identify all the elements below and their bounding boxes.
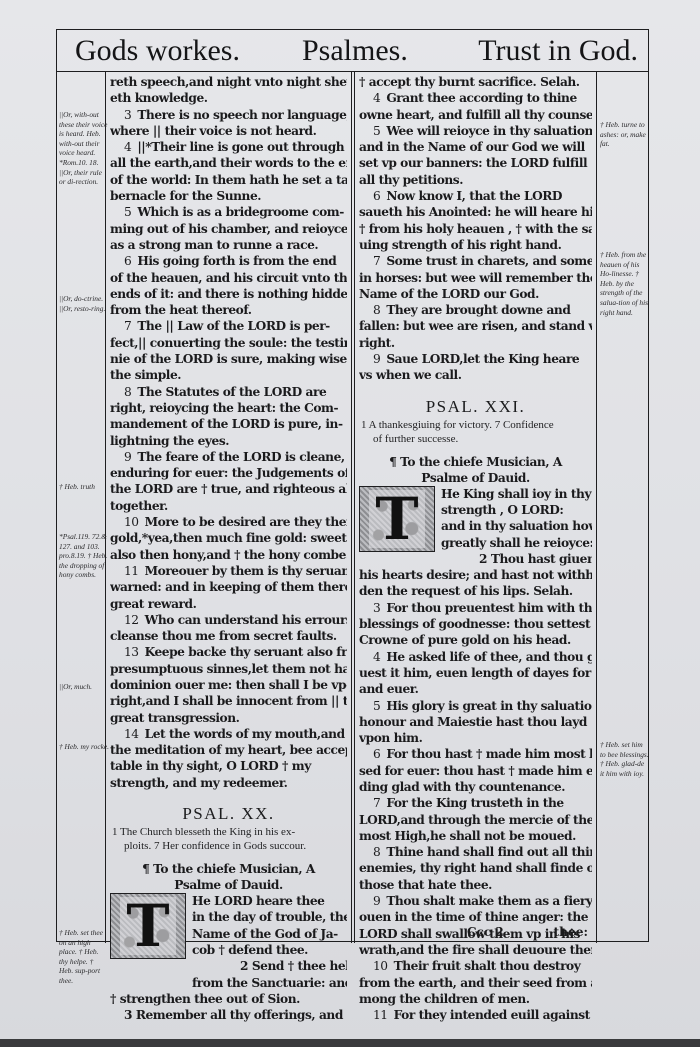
text-line: mong the children of men. [359,991,592,1007]
text-line: uest it him, euen length of dayes for eu… [359,665,592,681]
margin-note: † Heb. my rocke. [59,742,109,752]
verse-first-line: 9Saue LORD,let the King heare [359,351,592,367]
verse-first-line: 2 Send † thee helpe [110,958,347,974]
header-center: Psalmes. [302,30,408,72]
text-line: strength, and my redeemer. [110,775,347,791]
text-line: † strengthen thee out of Sion. [110,991,347,1007]
margin-note: ||Or, with-out these their voice is hear… [59,110,109,187]
text-line: the LORD are † true, and righteous al- [110,481,347,497]
text-line: lightning the eyes. [110,433,347,449]
text-line: † from his holy heauen , † with the sa- [359,221,592,237]
verse-number: 7 [373,796,380,810]
text-line: saueth his Anointed: he will heare him [359,204,592,220]
left-margin-notes: ||Or, with-out these their voice is hear… [57,72,106,943]
text-line: den the request of his lips. Selah. [359,583,592,599]
text-line: and in the Name of our God we will [359,139,592,155]
text-line: of the world: In them hath he set a ta- [110,172,347,188]
verse-first-line: 6Now know I, that the LORD [359,188,592,204]
text-line: enduring for euer: the Judgements of [110,465,347,481]
initial-letter: T [369,490,424,548]
psalm-title: PSAL. XX. [110,803,347,825]
verse-number: 8 [373,845,380,859]
verse-first-line: 3For thou preuentest him with the [359,600,592,616]
text-line: owne heart, and fulfill all thy counsell… [359,107,592,123]
text-line: LORD,and through the mercie of the [359,812,592,828]
verse-first-line: 2 Thou hast giuen him [359,551,592,567]
summary-line: of further successe. [361,432,592,446]
page-edge-shadow [0,1039,700,1047]
margin-note: *Psal.119. 72.& 127. and 103. pro.8.19. … [59,532,109,580]
verse-number: 6 [373,747,380,761]
text-line: the meditation of my heart, bee accep- [110,742,347,758]
text-line: gold,*yea,then much fine gold: sweeter [110,530,347,546]
verse-number: 12 [124,613,139,627]
text-line: all thy petitions. [359,172,592,188]
text-line: wrath,and the fire shall deuoure them. [359,942,592,958]
initial-letter: T [120,897,175,955]
text-line: fallen: but wee are risen, and stand vp- [359,318,592,334]
text-line: right,and I shall be innocent from || th… [110,693,347,709]
verse-number: 3 [373,601,380,615]
page-frame: Gods workes. Psalmes. Trust in God. ||Or… [56,29,649,942]
verse-first-line: 11For they intended euill against [359,1007,592,1023]
verse-first-line: 10Their fruit shalt thou destroy [359,958,592,974]
verse-number: 9 [373,352,380,366]
ornamental-initial: T [359,486,435,552]
running-header: Gods workes. Psalmes. Trust in God. [57,30,648,72]
text-line: warned: and in keeping of them there is [110,579,347,595]
verse-first-line: 8They are brought downe and [359,302,592,318]
verse-first-line: 8Thine hand shall find out all thine [359,844,592,860]
verse-number: 5 [373,699,380,713]
verse-first-line: 11Moreouer by them is thy seruant [110,563,347,579]
text-line: ends of it: and there is nothing hidde [110,286,347,302]
text-line: uing strength of his right hand. [359,237,592,253]
header-right: Trust in God. [478,30,638,72]
text-line: ding glad with thy countenance. [359,779,592,795]
text-line: all the earth,and their words to the end [110,155,347,171]
verse-first-line: 5Wee will reioyce in thy saluation, [359,123,592,139]
verse-number: 4 [124,140,131,154]
margin-note: † Heb. set him to bee blessings. † Heb. … [600,740,650,778]
scanned-page: Gods workes. Psalmes. Trust in God. ||Or… [0,0,700,1047]
text-line: ming out of his chamber, and reioyceth [110,221,347,237]
verse-number: 11 [373,1008,388,1022]
left-text-column: reth speech,and night vnto night shew-et… [106,72,352,943]
verse-number: 9 [373,894,380,908]
text-line: those that hate thee. [359,877,592,893]
text-line: his hearts desire; and hast not withhol- [359,567,592,583]
text-line: † accept thy burnt sacrifice. Selah. [359,74,592,90]
text-line: nie of the LORD is sure, making wise [110,351,347,367]
verse-number: 11 [124,564,139,578]
verse-number: 8 [124,385,131,399]
text-line: sed for euer: thou hast † made him excee… [359,763,592,779]
verse-number: 9 [124,450,131,464]
text-line: cleanse thou me from secret faults. [110,628,347,644]
text-line: Name of the LORD our God. [359,286,592,302]
verse-first-line: 7Some trust in charets, and some [359,253,592,269]
text-line: as a strong man to runne a race. [110,237,347,253]
verse-first-line: 3 Remember all thy offerings, and [110,1007,347,1023]
drop-cap-block: THe LORD heare theein the day of trouble… [110,893,347,991]
text-line: presumptuous sinnes,let them not haue [110,661,347,677]
text-line: together. [110,498,347,514]
verse-first-line: 12Who can understand his errours: [110,612,347,628]
text-line: bernacle for the Sunne. [110,188,347,204]
margin-note: ||Or, do-ctrine. ||Or, resto-ring. [59,294,109,313]
text-line: reth speech,and night vnto night shew- [110,74,347,90]
verse-first-line: 4||*Their line is gone out through [110,139,347,155]
verse-first-line: 10More to be desired are they then [110,514,347,530]
summary-line: ploits. 7 Her confidence in Gods succour… [112,839,347,853]
right-text-column: † accept thy burnt sacrifice. Selah.4Gra… [354,72,597,943]
verse-number: 13 [124,645,139,659]
verse-number: 10 [124,515,139,529]
verse-first-line: 6His going forth is from the end [110,253,347,269]
verse-first-line: 3There is no speech nor language, [110,107,347,123]
text-line: table in thy sight, O LORD † my [110,758,347,774]
margin-note: † Heb. set thee on an high place. † Heb.… [59,928,109,986]
text-line: right, reioycing the heart: the Com- [110,400,347,416]
verse-number: 4 [373,650,380,664]
text-line: also then hony,and † the hony combe. [110,547,347,563]
text-line: from the heat thereof. [110,302,347,318]
verse-number: 7 [373,254,380,268]
verse-first-line: 13Keepe backe thy seruant also from [110,644,347,660]
verse-first-line: 4He asked life of thee, and thou ga- [359,649,592,665]
catchword: thee: [554,925,589,939]
text-line: eth knowledge. [110,90,347,106]
ornamental-initial: T [110,893,186,959]
text-line: blessings of goodnesse: thou settest a [359,616,592,632]
text-line: vs when we call. [359,367,592,383]
psalm-superscript: ¶ To the chiefe Musician, APsalme of Dau… [110,861,347,893]
right-margin-notes: † Heb. turne to ashes: or, make fat.† He… [597,72,650,943]
text-line: great reward. [110,596,347,612]
psalm-summary: 1 The Church blesseth the King in his ex… [110,825,347,853]
verse-first-line: 9The feare of the LORD is cleane, [110,449,347,465]
psalm-summary: 1 A thankesgiuing for victory. 7 Confide… [359,418,592,446]
verse-first-line: 6For thou hast † made him most bles- [359,746,592,762]
drop-cap-block: THe King shall ioy in thystrength , O LO… [359,486,592,567]
text-line: the simple. [110,367,347,383]
verse-first-line: 8The Statutes of the LORD are [110,384,347,400]
text-line: honour and Maiestie hast thou layd [359,714,592,730]
text-line: set vp our banners: the LORD fulfill [359,155,592,171]
text-line: most High,he shall not be moued. [359,828,592,844]
verse-first-line: 7The || Law of the LORD is per- [110,318,347,334]
text-line: ouen in the time of thine anger: the [359,909,592,925]
verse-number: 6 [124,254,131,268]
text-line: fect,|| conuerting the soule: the testim… [110,335,347,351]
verse-number: 6 [373,189,380,203]
text-line: of the heauen, and his circuit vnto the [110,270,347,286]
text-line: where || their voice is not heard. [110,123,347,139]
text-line: enemies, thy right hand shall finde out [359,860,592,876]
text-line: from the Sanctuarie: and [110,975,347,991]
text-line: vpon him. [359,730,592,746]
verse-number: 14 [124,727,139,741]
verse-number: 8 [373,303,380,317]
superscript-line: ¶ To the chiefe Musician, A [359,454,592,470]
text-line: from the earth, and their seed from a- [359,975,592,991]
verse-first-line: 5His glory is great in thy saluation: [359,698,592,714]
superscript-line: Psalme of Dauid. [110,877,347,893]
margin-note: ||Or, much. [59,682,109,692]
text-line: in horses: but wee will remember the [359,270,592,286]
psalm-title: PSAL. XXI. [359,396,592,418]
verse-number: 5 [373,124,380,138]
verse-number: 7 [124,319,131,333]
verse-number: 4 [373,91,380,105]
text-line: mandement of the LORD is pure, in- [110,416,347,432]
margin-note: † Heb. from the heauen of his Ho-linesse… [600,250,650,317]
text-line: Crowne of pure gold on his head. [359,632,592,648]
superscript-line: Psalme of Dauid. [359,470,592,486]
margin-note: † Heb. truth [59,482,109,492]
verse-number: 10 [373,959,388,973]
verse-number: 5 [124,205,131,219]
text-line: great transgression. [110,710,347,726]
signature-mark: Ccc 2 [467,925,504,939]
margin-note: † Heb. turne to ashes: or, make fat. [600,120,650,149]
verse-first-line: 4Grant thee according to thine [359,90,592,106]
psalm-superscript: ¶ To the chiefe Musician, APsalme of Dau… [359,454,592,486]
verse-first-line: 7For the King trusteth in the [359,795,592,811]
verse-number: 3 [124,108,131,122]
text-line: dominion ouer me: then shall I be vp- [110,677,347,693]
verse-first-line: 14Let the words of my mouth,and [110,726,347,742]
text-line: right. [359,335,592,351]
verse-first-line: 9Thou shalt make them as a fiery [359,893,592,909]
text-line: and euer. [359,681,592,697]
superscript-line: ¶ To the chiefe Musician, A [110,861,347,877]
verse-first-line: 5Which is as a bridegroome com- [110,204,347,220]
header-left: Gods workes. [75,30,240,72]
